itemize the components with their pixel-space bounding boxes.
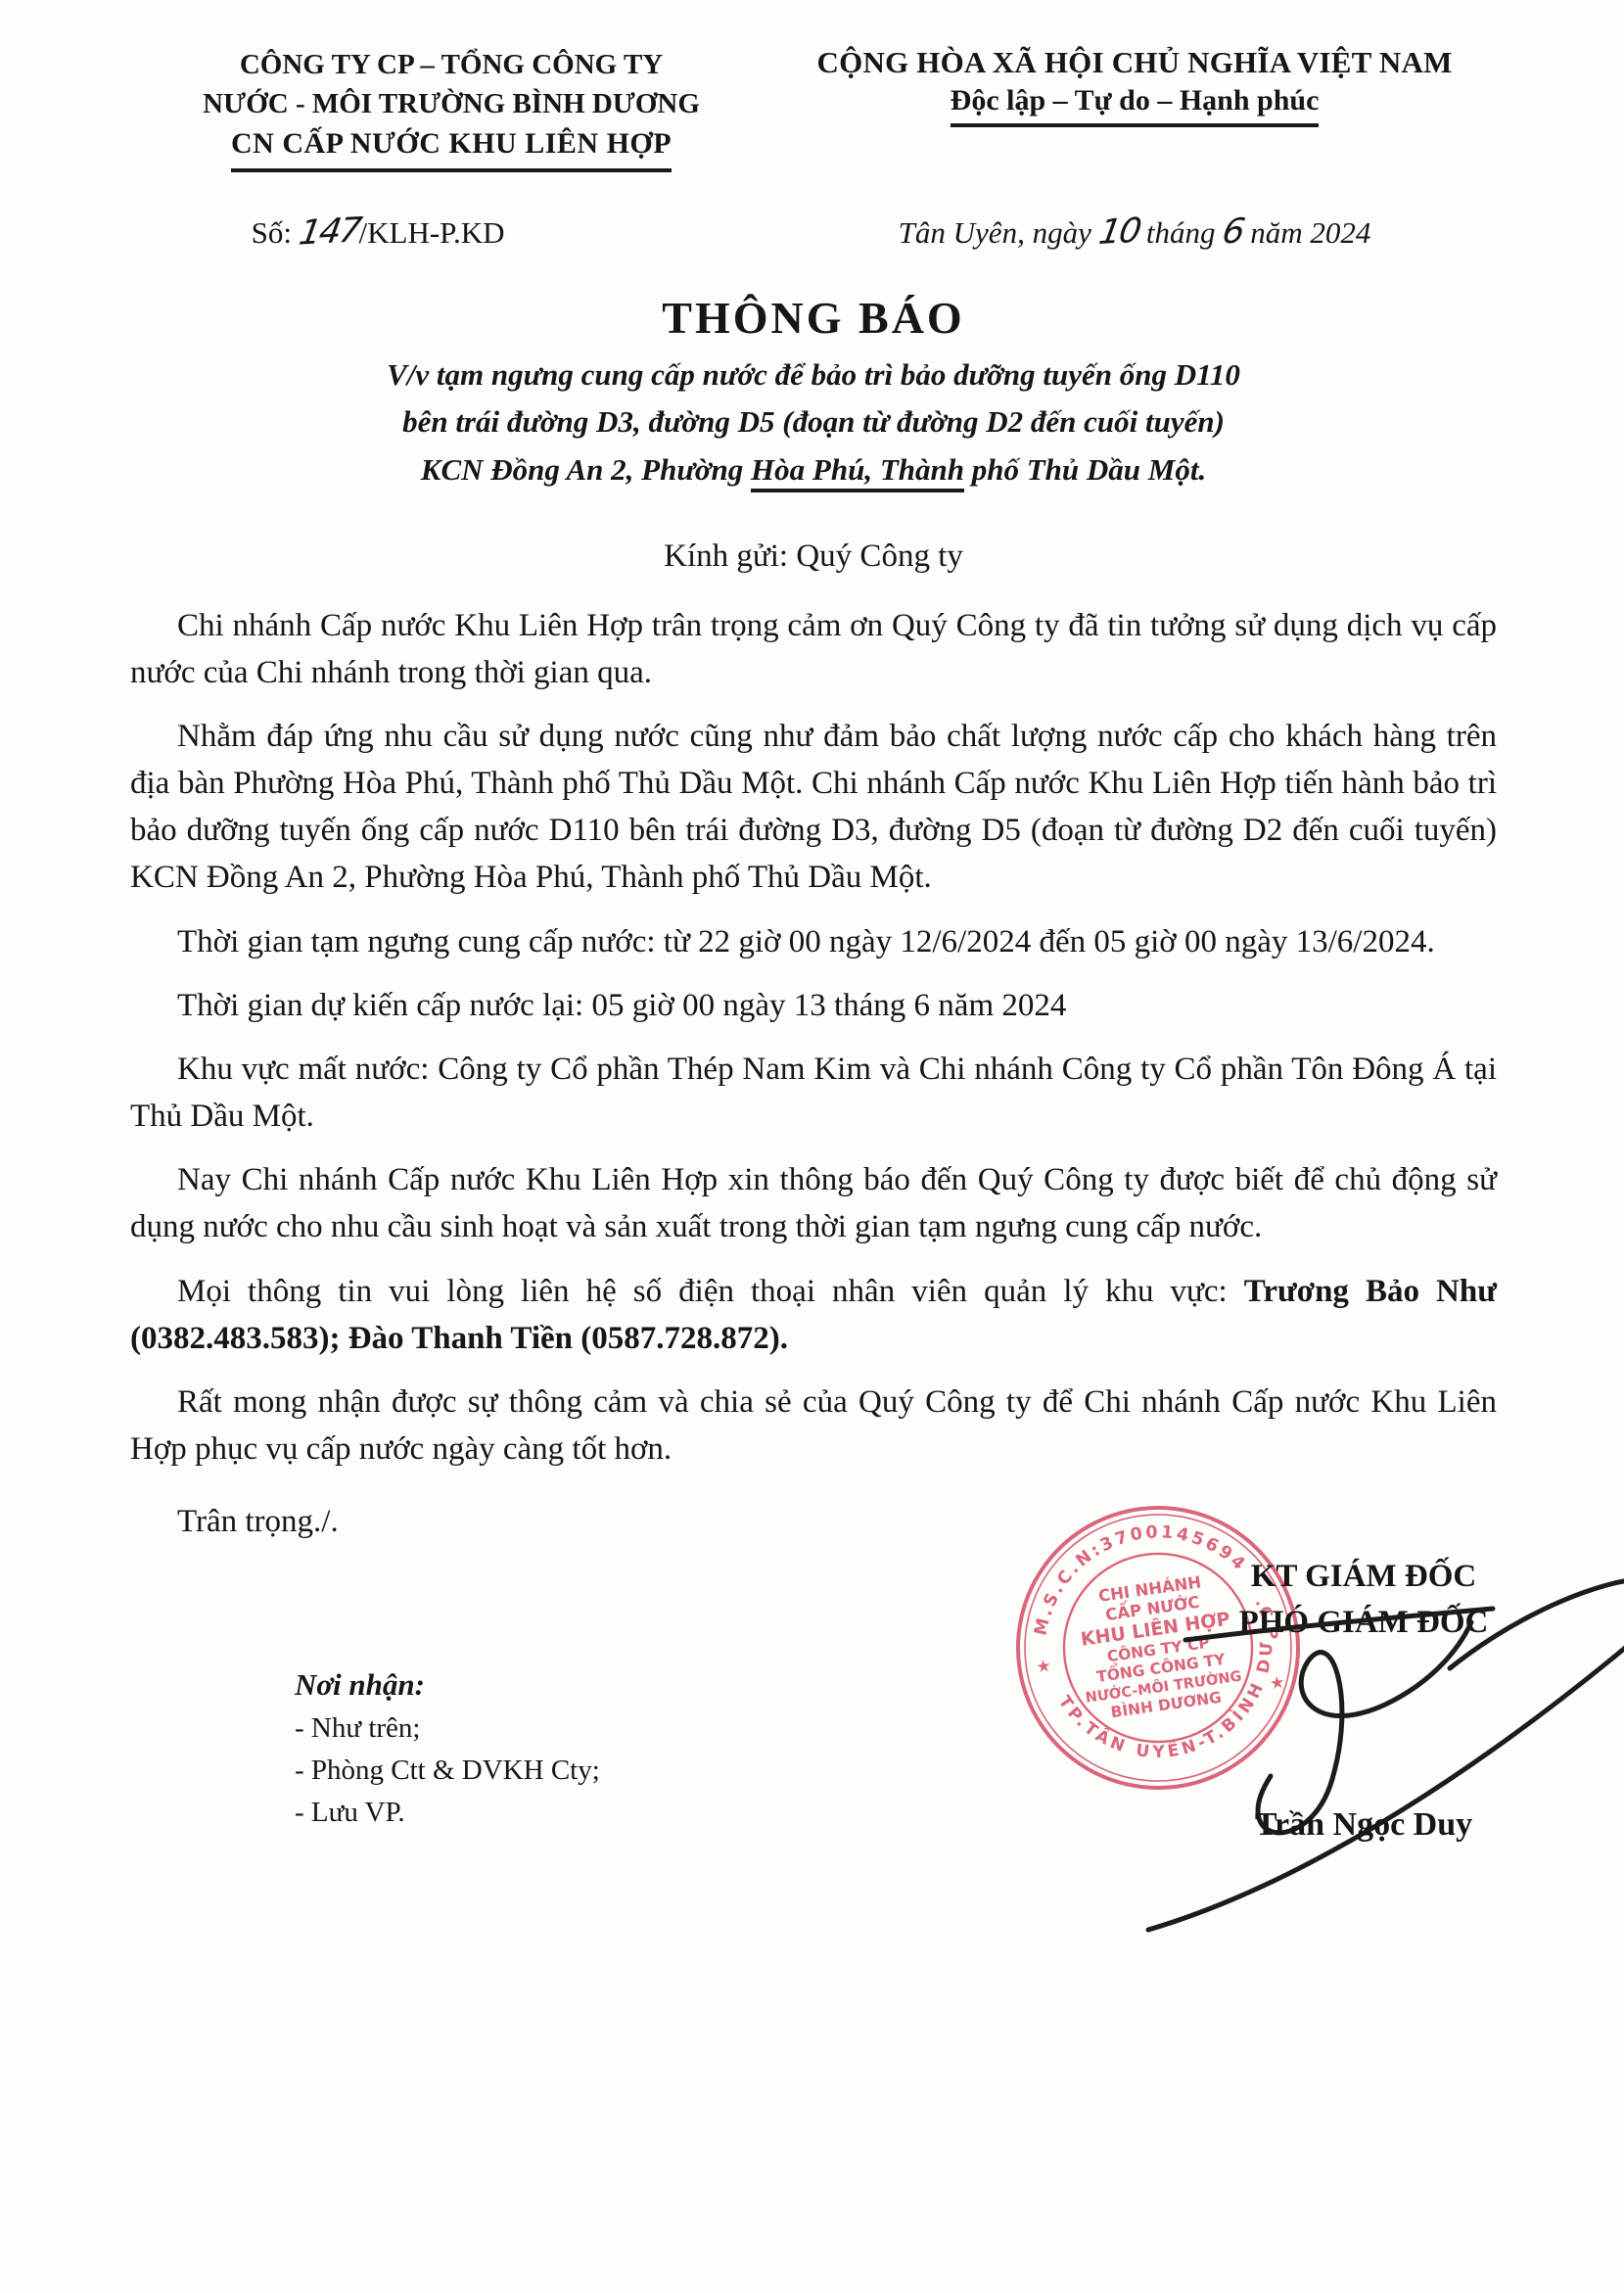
org-branch-name: CN CẤP NƯỚC KHU LIÊN HỢP	[231, 123, 672, 172]
subject-line-1: V/v tạm ngưng cung cấp nước để bảo trì b…	[130, 351, 1497, 398]
paragraph-contact: Mọi thông tin vui lòng liên hệ số điện t…	[130, 1268, 1497, 1362]
date-prefix: Tân Uyên, ngày	[899, 215, 1091, 250]
date-month-handwritten: 6	[1220, 215, 1245, 251]
scanned-notice-document: CÔNG TY CP – TỔNG CÔNG TY NƯỚC - MÔI TRƯ…	[0, 0, 1624, 2293]
date-day-handwritten: 10	[1096, 214, 1142, 251]
document-header: CÔNG TY CP – TỔNG CÔNG TY NƯỚC - MÔI TRƯ…	[130, 45, 1497, 172]
recipient-item: - Như trên;	[295, 1710, 600, 1747]
reference-date-row: Số: 147/KLH-P.KD Tân Uyên, ngày 10 tháng…	[130, 215, 1497, 251]
date-mid: tháng	[1146, 215, 1216, 250]
paragraph-maintenance-reason: Nhằm đáp ứng nhu cầu sử dụng nước cũng n…	[130, 713, 1497, 902]
national-title: CỘNG HÒA XÃ HỘI CHỦ NGHĨA VIỆT NAM	[772, 45, 1497, 80]
paragraph-thanks: Chi nhánh Cấp nước Khu Liên Hợp trân trọ…	[130, 602, 1497, 696]
paragraph-restore-time: Thời gian dự kiến cấp nước lại: 05 giờ 0…	[130, 982, 1497, 1029]
stamp-star-left: ★	[1035, 1657, 1052, 1677]
ref-suffix: /KLH-P.KD	[359, 215, 505, 250]
ref-label: Số:	[252, 215, 292, 250]
salutation: Kính gửi: Quý Công ty	[130, 538, 1497, 575]
document-title: THÔNG BÁO	[130, 292, 1497, 344]
reference-number: Số: 147/KLH-P.KD	[130, 215, 772, 251]
contact-intro: Mọi thông tin vui lòng liên hệ số điện t…	[177, 1274, 1228, 1309]
recipient-item: - Phòng Ctt & DVKH Cty;	[295, 1753, 600, 1789]
date-line: Tân Uyên, ngày 10 tháng 6 năm 2024	[772, 215, 1497, 251]
national-motto: Độc lập – Tự do – Hạnh phúc	[951, 84, 1320, 127]
paragraph-outage-time: Thời gian tạm ngưng cung cấp nước: từ 22…	[130, 918, 1497, 965]
document-subject: V/v tạm ngưng cung cấp nước để bảo trì b…	[130, 351, 1497, 492]
paragraph-apology: Rất mong nhận được sự thông cảm và chia …	[130, 1379, 1497, 1473]
handwritten-signature	[1070, 1546, 1624, 1938]
recipients-label: Nơi nhận:	[295, 1665, 600, 1705]
subject-line-3: KCN Đồng An 2, Phường Hòa Phú, Thành phố…	[130, 446, 1497, 493]
national-motto-block: CỘNG HÒA XÃ HỘI CHỦ NGHĨA VIỆT NAM Độc l…	[772, 45, 1497, 172]
subject-underlined-part: Hòa Phú, Thành	[751, 452, 964, 492]
signature-section: M.S.C.N:3700145694 .C.P TP.TÂN UYÊN-T.BÌ…	[130, 1540, 1497, 2186]
date-suffix: năm 2024	[1250, 215, 1370, 250]
recipients-block: Nơi nhận: - Như trên; - Phòng Ctt & DVKH…	[295, 1665, 600, 1831]
closing-phrase: Trân trọng./.	[130, 1504, 1497, 1540]
org-line-2: NƯỚC - MÔI TRƯỜNG BÌNH DƯƠNG	[130, 84, 772, 123]
signer-name: Trần Ngọc Duy	[1168, 1806, 1559, 1844]
recipient-item: - Lưu VP.	[295, 1795, 600, 1831]
issuing-org-block: CÔNG TY CP – TỔNG CÔNG TY NƯỚC - MÔI TRƯ…	[130, 45, 772, 172]
paragraph-affected-area: Khu vực mất nước: Công ty Cổ phần Thép N…	[130, 1046, 1497, 1140]
subject-line-2: bên trái đường D3, đường D5 (đoạn từ đườ…	[130, 398, 1497, 445]
paragraph-advice: Nay Chi nhánh Cấp nước Khu Liên Hợp xin …	[130, 1156, 1497, 1250]
org-line-1: CÔNG TY CP – TỔNG CÔNG TY	[130, 45, 772, 84]
ref-number-handwritten: 147	[297, 214, 362, 252]
